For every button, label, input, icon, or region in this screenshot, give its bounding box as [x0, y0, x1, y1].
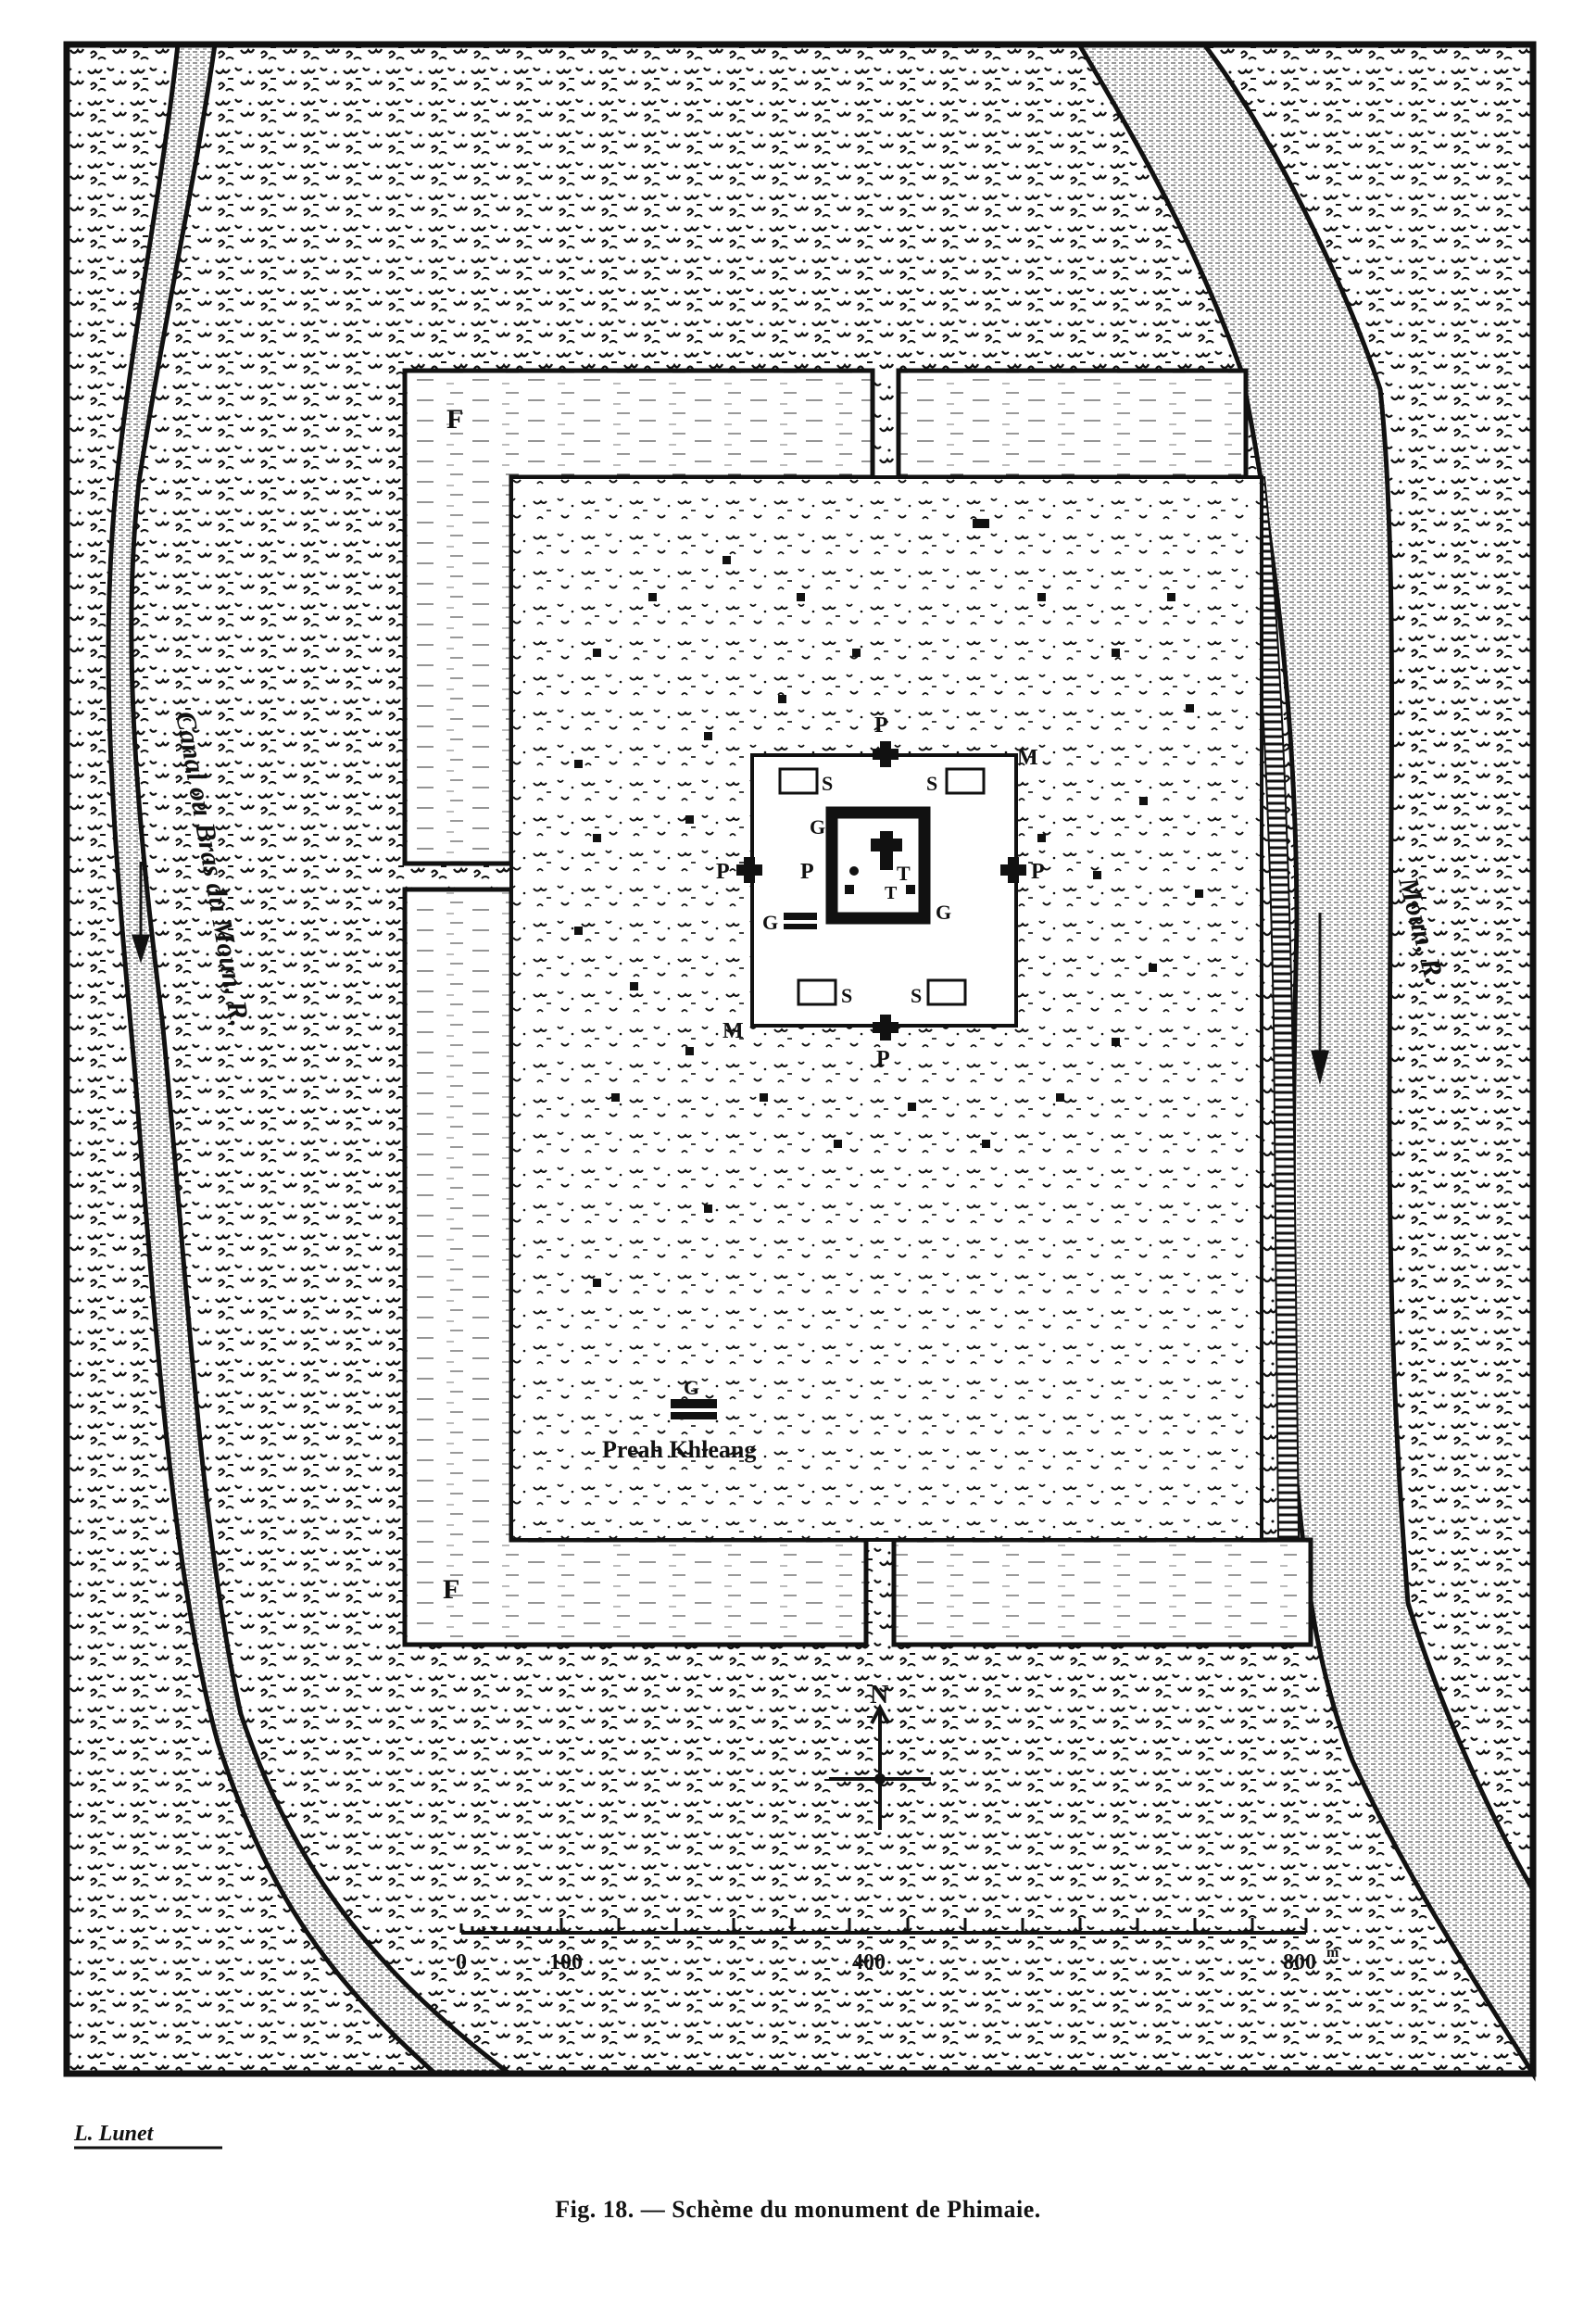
gate-label-south: P [876, 1047, 890, 1071]
corner-label-ne: M [1017, 746, 1038, 770]
temple-enclosure [736, 741, 1026, 1040]
scale-tick-100: 100 [549, 1950, 583, 1974]
tower-label: T [897, 862, 911, 885]
gallery-label-w: G [762, 911, 778, 934]
gate-label-west: P [716, 860, 730, 884]
preah-khleang-name: Preah Khleang [602, 1436, 756, 1463]
gate-label-east: P [1031, 860, 1045, 884]
library-label-sw: S [841, 984, 852, 1007]
corner-label-sw: M [723, 1019, 744, 1043]
moat-label-north: F [446, 404, 463, 435]
scale-unit: m [1326, 1945, 1339, 1961]
library-label-ne: S [926, 772, 937, 795]
preah-khleang-g-label: G [684, 1376, 699, 1399]
gate-label-inner-west: P [800, 860, 814, 884]
tower-label-secondary: T [885, 883, 898, 903]
moat-label-south: F [443, 1574, 459, 1605]
library-label-se: S [911, 984, 922, 1007]
scale-tick-400: 400 [852, 1950, 886, 1974]
library-label-nw: S [822, 772, 833, 795]
compass-north-label: N [870, 1681, 888, 1709]
gallery-label-e: G [936, 901, 951, 924]
scale-tick-0: 0 [456, 1950, 467, 1974]
gallery-label-nw: G [810, 815, 825, 839]
svg-text:L. Lunet: L. Lunet [73, 2122, 155, 2146]
phimai-plan-map: F F P P P P P M M S S S S G G G T T G Pr… [0, 0, 1596, 2308]
engraver-signature: L. Lunet [73, 2122, 222, 2148]
scale-tick-800: 800 [1283, 1950, 1316, 1974]
figure-caption: Fig. 18. — Schème du monument de Phimaie… [0, 2196, 1596, 2224]
gate-label-north: P [874, 713, 888, 738]
